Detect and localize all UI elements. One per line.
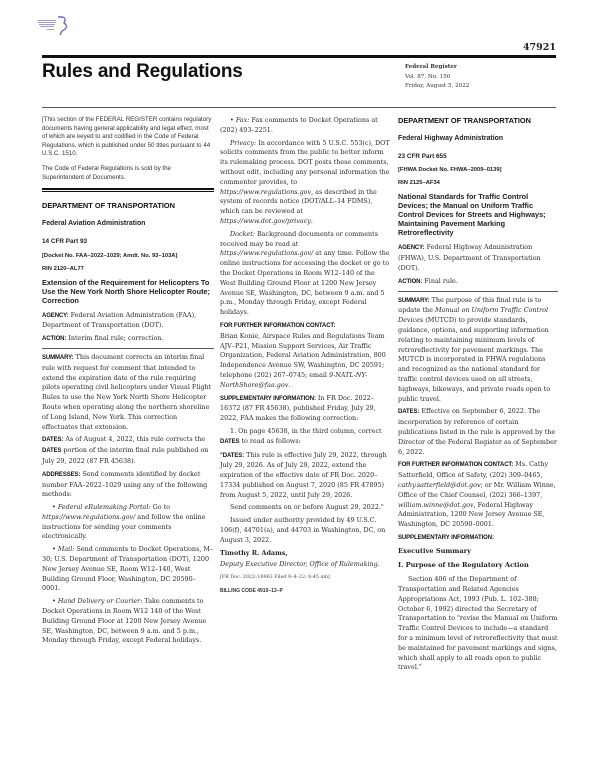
action-text: Final rule. [424,277,458,285]
section-divider [42,188,214,192]
faa-agency-name: Federal Aviation Administration [42,219,214,229]
dates-label: DATES: [42,437,63,443]
contact-label: FOR FURTHER INFORMATION CONTACT: [220,323,335,329]
dates-text: As of August 4, 2022, this rule corrects… [65,435,205,443]
method-erulemaking: Federal eRulemaking Portal: Go to https:… [42,503,214,542]
docket-label: Docket: [230,230,255,238]
dates-text: Effective on September 6, 2022. The inco… [398,407,557,455]
purpose-text: Section 406 of the Department of Transpo… [398,575,558,673]
contact-label: FOR FURTHER INFORMATION CONTACT: [398,462,513,468]
summary-text: This document corrects an interim final … [42,353,211,431]
intro-text: This section of the FEDERAL REGISTER con… [42,116,211,157]
faa-summary: SUMMARY: This document corrects an inter… [42,353,214,432]
volume-number: Vol. 87, No. 150 [405,73,469,83]
column-1: [This section of the FEDERAL REGISTER co… [42,116,214,649]
action-label: ACTION: [42,336,66,342]
issued-statement: Issued under authority provided by 49 U.… [220,516,392,545]
fhwa-rin: RIN 2125–AF34 [398,179,558,187]
faa-rule-title: Extension of the Requirement for Helicop… [42,278,214,305]
regulations-gov-link[interactable]: https://www.regulations.gov [220,188,311,196]
fhwa-agency-name: Federal Highway Administration [398,134,558,144]
intro-paragraph: [This section of the FEDERAL REGISTER co… [42,116,214,159]
gpo-logo-icon [38,14,72,38]
page-number: 47921 [523,42,556,53]
fhwa-rule-title: National Standards for Traffic Control D… [398,192,558,237]
dates-inline-label: DATES [42,448,61,454]
method-hand-delivery: Hand Delivery or Courier: Take comments … [42,597,214,646]
corrected-dates-quote: "DATES: This rule is effective July 29, … [220,451,392,501]
agency-label: AGENCY: [398,245,425,251]
column-2: Fax: Fax comments to Docket Operations a… [220,116,392,597]
faa-cfr-part: 14 CFR Part 93 [42,237,214,247]
method-mail: Mail: Send comments to Docket Operations… [42,545,214,594]
action-divider [398,291,558,292]
satterfield-email-link[interactable]: cathy.satterfield@dot.gov [398,481,481,489]
fhwa-docket-number: [FHWA Docket No. FHWA–2009–0139] [398,166,558,174]
agency-label: AGENCY: [42,313,69,319]
action-label: ACTION: [398,279,422,285]
privacy-label: Privacy: [230,139,256,147]
faa-agency: AGENCY: Federal Aviation Administration … [42,311,214,332]
quote-dates-label: "DATES: [220,453,244,459]
dates-text-2: portion of the interim final rule publis… [42,446,208,465]
publication-name: Federal Register [405,63,469,73]
purpose-heading: I. Purpose of the Regulatory Action [398,561,558,571]
summary-label: SUMMARY: [42,355,74,361]
fhwa-contact: FOR FURTHER INFORMATION CONTACT: Ms. Cat… [398,460,558,530]
addresses-label: ADDRESSES: [42,472,80,478]
action-divider [42,348,214,349]
correction-item: 1. On page 45638, in the third column, c… [220,427,392,448]
faa-rin: RIN 2120–AL77 [42,265,214,273]
fhwa-summary: SUMMARY: The purpose of this final rule … [398,296,558,405]
summary-label: SUMMARY: [398,298,430,304]
fhwa-action: ACTION: Final rule. [398,277,558,288]
method-fax: Fax: Fax comments to Docket Operations a… [220,116,392,136]
section-title: Rules and Regulations [42,61,243,83]
fr-doc-filed: [FR Doc. 2022–16963 Filed 8–4–22; 8:45 a… [220,573,392,583]
dot-privacy-link[interactable]: https://www.dot.gov/privacy [220,217,311,225]
fhwa-agency: AGENCY: Federal Highway Administration (… [398,243,558,273]
publication-info: Federal Register Vol. 87, No. 150 Friday… [405,63,469,92]
header-rule [42,55,556,58]
fhwa-dates: DATES: Effective on September 6, 2022. T… [398,407,558,457]
method-label: Mail: [58,545,75,553]
faa-contact: FOR FURTHER INFORMATION CONTACT:Brian Ko… [220,321,392,391]
correction-text: 1. On page 45638, in the third column, c… [230,427,382,435]
faa-privacy: Privacy: In accordance with 5 U.S.C. 553… [220,139,392,227]
dates-inline-label: DATES [220,439,239,445]
docket-text-2: at any time. Follow the online instructi… [220,249,390,316]
method-label: Federal eRulemaking Portal: [58,503,151,511]
faa-addresses: ADDRESSES: Send comments identified by d… [42,470,214,500]
correction-text-2: to read as follows: [241,437,300,445]
column-3: DEPARTMENT OF TRANSPORTATION Federal Hig… [398,116,558,676]
faa-department: DEPARTMENT OF TRANSPORTATION [42,201,214,211]
method-label: Hand Delivery or Courier: [58,597,143,605]
faa-dates: DATES: As of August 4, 2022, this rule c… [42,435,214,466]
signer-name: Timothy R. Adams, [220,549,392,559]
dates-label: DATES: [398,409,419,415]
signer-title: Deputy Executive Director, Office of Rul… [220,560,392,570]
fhwa-cfr-part: 23 CFR Part 655 [398,152,558,162]
comments-deadline: Send comments on or before August 29, 20… [220,503,392,513]
header-bottom-rule [42,107,556,108]
regulations-gov-link[interactable]: https://www.regulations.gov/ [220,249,313,257]
supplementary-label: SUPPLEMENTARY INFORMATION: [220,396,316,402]
faa-docket-info: Docket: Background documents or comments… [220,230,392,318]
fhwa-supplementary: SUPPLEMENTARY INFORMATION: [398,533,558,544]
faa-supplementary: SUPPLEMENTARY INFORMATION: In FR Doc. 20… [220,394,392,424]
executive-summary-heading: Executive Summary [398,547,558,557]
summary-text-2: (MUTCD) to provide standards, guidance, … [398,316,550,402]
faa-docket-number: [Docket No. FAA–2022–1029; Amdt. No. 93–… [42,252,214,260]
billing-code: BILLING CODE 4910–13–P [220,587,392,597]
action-text: Interim final rule; correction. [68,334,163,342]
publication-date: Friday, August 5, 2022 [405,82,469,92]
quote-text: This rule is effective July 29, 2022, th… [220,451,387,499]
winne-email-link[interactable]: william.winne@dot.gov [398,501,474,509]
intro-cfr-note: The Code of Federal Regulations is sold … [42,165,214,182]
method-label: Fax: [236,116,250,124]
method-text: Go to [153,503,170,511]
regulations-gov-link[interactable]: https://www.regulations.gov/ [42,513,135,521]
faa-action: ACTION: Interim final rule; correction. [42,334,214,345]
fhwa-department: DEPARTMENT OF TRANSPORTATION [398,116,558,126]
supplementary-label: SUPPLEMENTARY INFORMATION: [398,535,494,541]
